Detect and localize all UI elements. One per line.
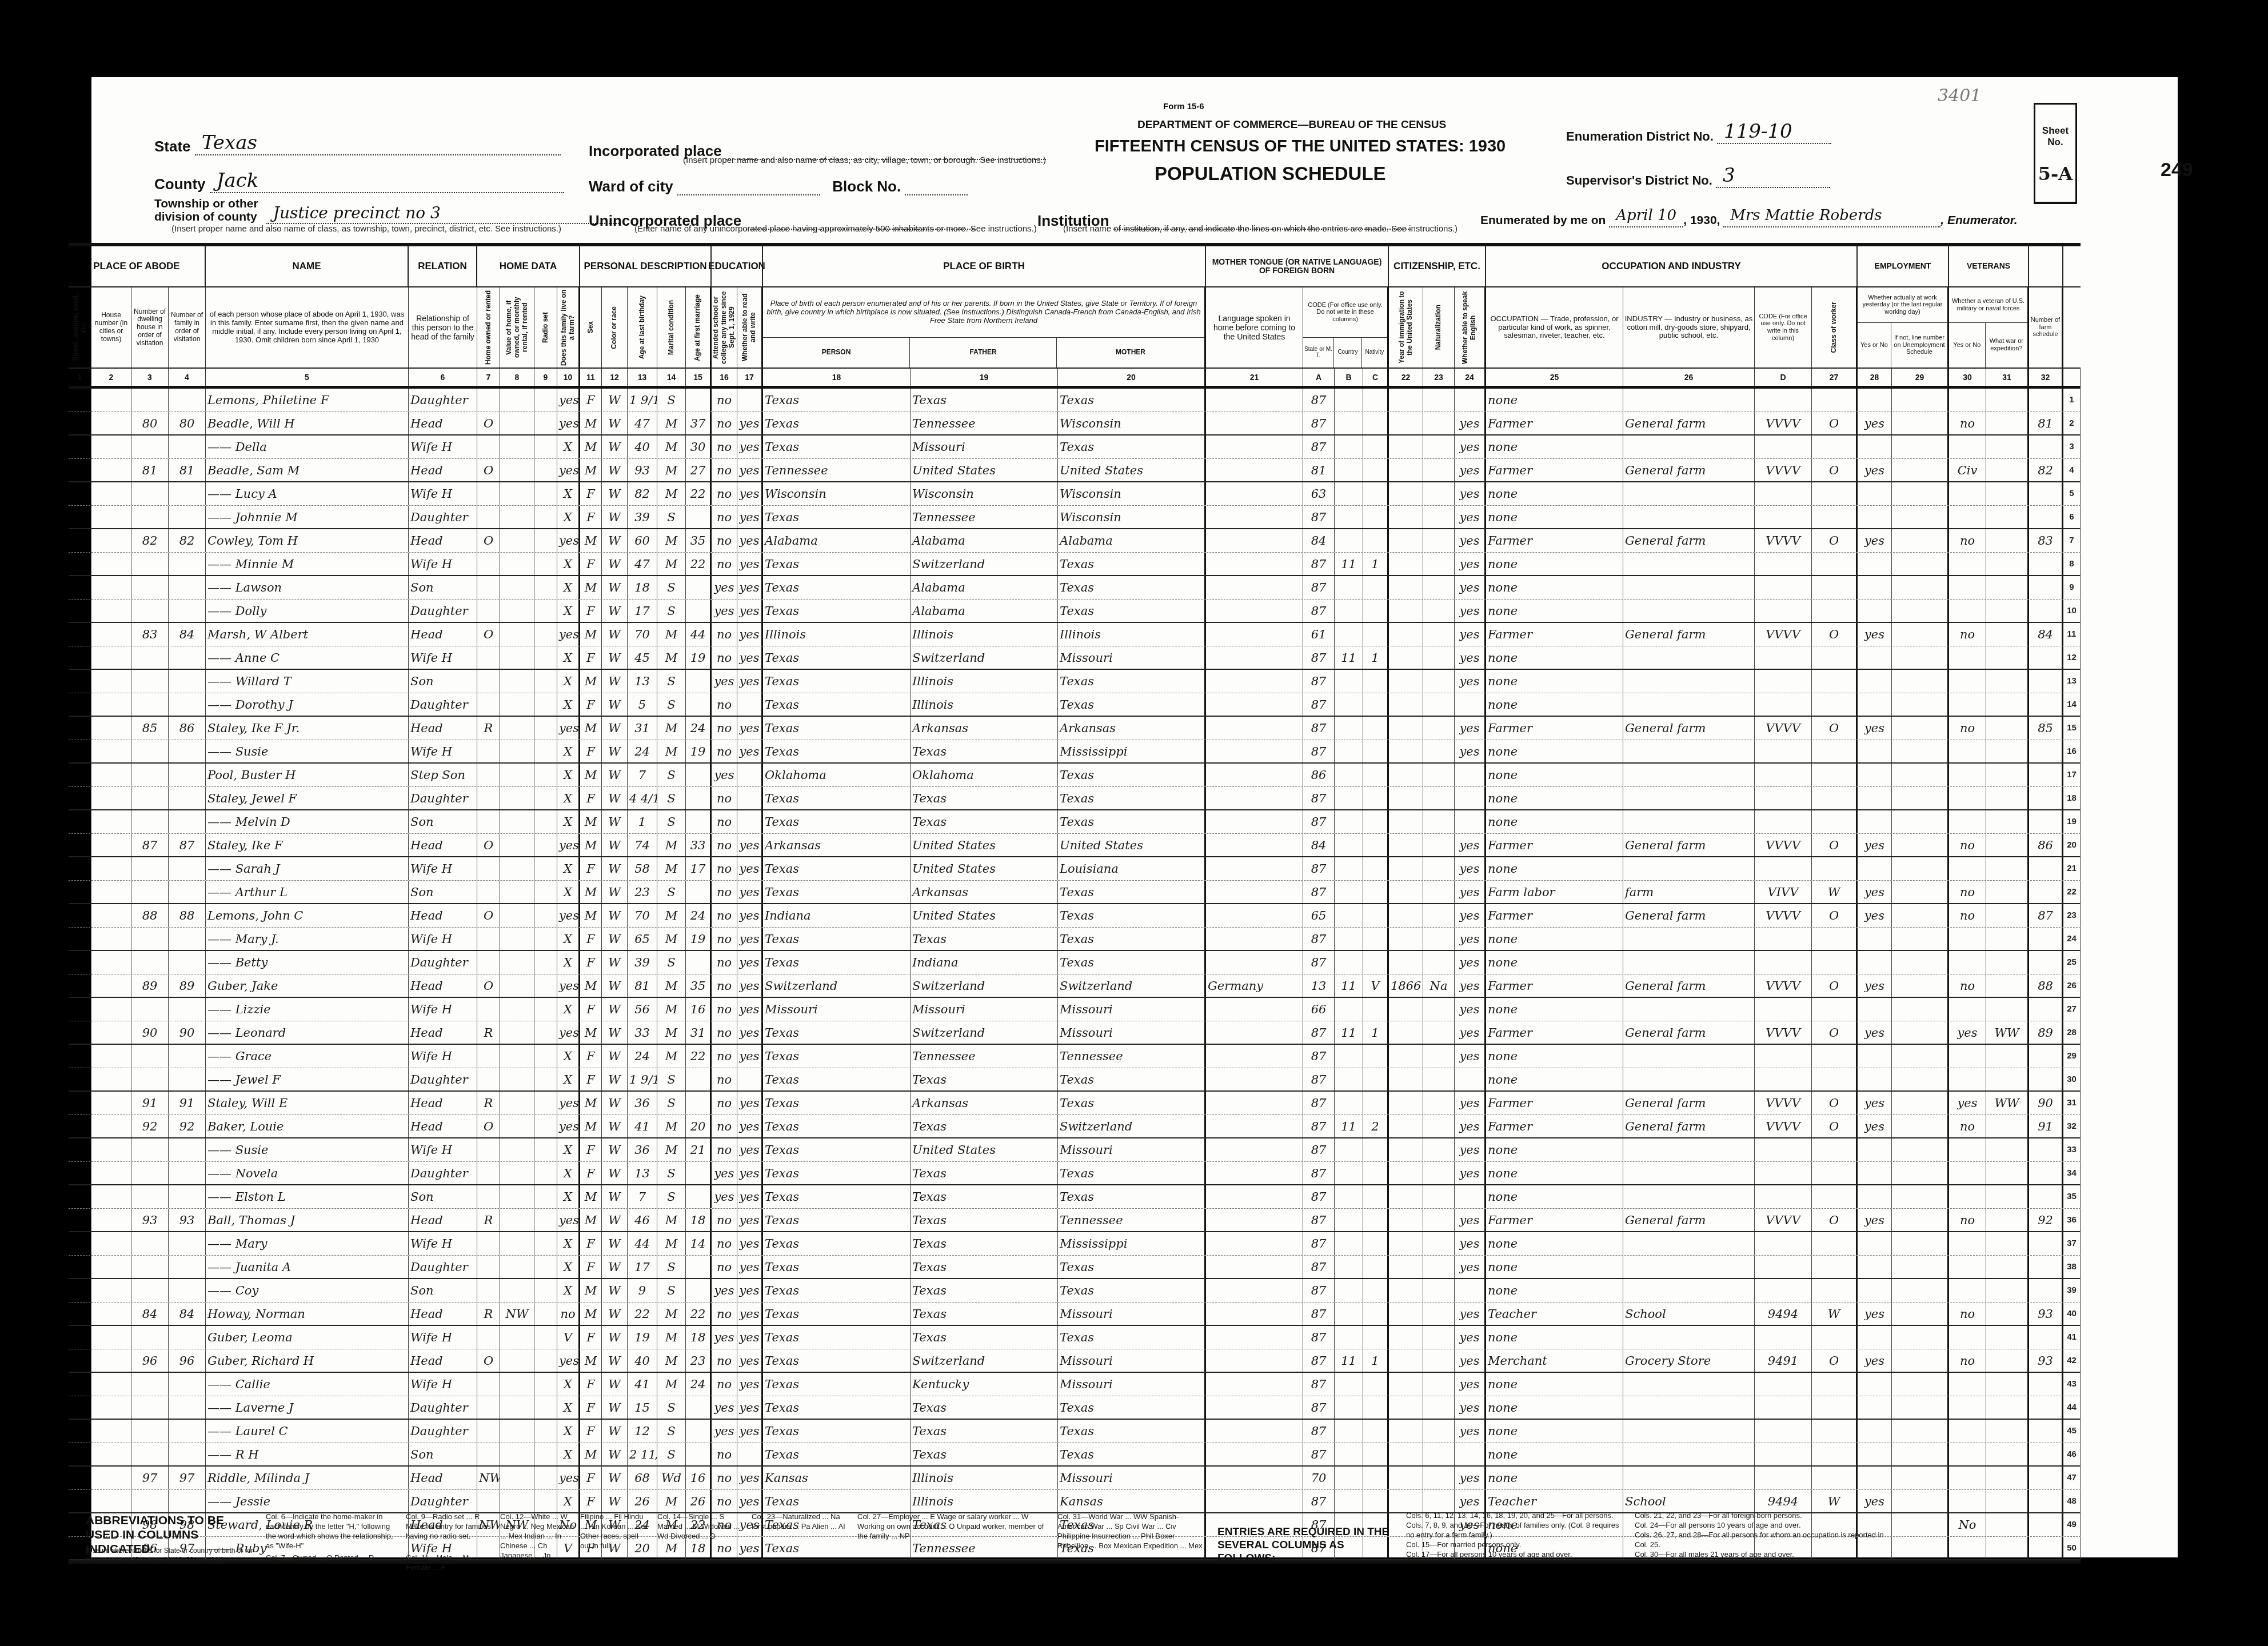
cell-radio: [534, 1162, 557, 1184]
cell-birth: Texas: [763, 1396, 911, 1419]
cell-lang: [1206, 600, 1303, 622]
column-group-row: PLACE OF ABODE NAME RELATION HOME DATA P…: [69, 246, 2081, 287]
cell-line: 42: [2063, 1349, 2081, 1372]
cell-relation: Head: [409, 717, 477, 740]
cell-mother: Arkansas: [1058, 717, 1206, 740]
cell-age-marr: 17: [686, 857, 712, 880]
cell-relation: Son: [409, 1443, 477, 1465]
cell-english: yes: [1455, 1209, 1486, 1231]
cell-english: yes: [1455, 1349, 1486, 1372]
cell-sex: F: [580, 389, 602, 411]
cell-race: W: [602, 436, 628, 458]
cell-value: [500, 1349, 534, 1372]
cell-unemp: [1892, 764, 1949, 786]
cell-imm: [1389, 904, 1423, 927]
cell-value: [500, 1279, 534, 1302]
cell-unemp: [1892, 717, 1949, 740]
cell-school: no: [712, 412, 737, 434]
cell-marital: M: [657, 1373, 686, 1396]
cell-english: yes: [1455, 646, 1486, 669]
cell-sex: F: [580, 482, 602, 505]
cell-sex: F: [580, 1326, 602, 1349]
cell-radio: [534, 1115, 557, 1137]
cell-work: [1858, 693, 1892, 716]
cell-school: no: [712, 1232, 737, 1255]
cell-farmsched: 85: [2029, 717, 2063, 740]
cell-read: yes: [737, 436, 763, 458]
cell-father: Texas: [911, 1068, 1058, 1090]
cell-class: O: [1812, 1349, 1858, 1372]
cell-line: 7: [2063, 529, 2081, 552]
cell-farmsched: [2029, 740, 2063, 762]
cell-race: W: [602, 974, 628, 997]
cell-relation: Daughter: [409, 787, 477, 809]
cell-owned: [477, 693, 500, 716]
cell-occupation: Farmer: [1486, 1021, 1623, 1044]
cell-codeA: 87: [1303, 1115, 1335, 1137]
cell-class: W: [1812, 1303, 1858, 1325]
cell-farmsched: [2029, 506, 2063, 528]
cell-imm: [1389, 670, 1423, 693]
cell-codeD: [1755, 1373, 1812, 1396]
cell-occupation: none: [1486, 389, 1623, 411]
cell-unemp: [1892, 1209, 1949, 1231]
cell-industry: General farm: [1623, 974, 1755, 997]
cell-sex: M: [580, 1279, 602, 1302]
cell-relation: Head: [409, 1115, 477, 1137]
cell-industry: [1623, 600, 1755, 622]
table-row: Staley, Jewel FDaughterXFW4 4/12SnoTexas…: [69, 787, 2081, 810]
cell-occupation: none: [1486, 740, 1623, 762]
cell-race: W: [602, 857, 628, 880]
cell-vet: no: [1949, 412, 1986, 434]
cell-race: W: [602, 764, 628, 786]
column-number: 15: [686, 369, 712, 386]
cell-imm: [1389, 740, 1423, 762]
cell-read: yes: [737, 904, 763, 927]
cell-codeA: 87: [1303, 1138, 1335, 1161]
header-line: [2063, 287, 2081, 367]
cell-class: [1812, 670, 1858, 693]
enumeration-district-field: Enumeration District No. 119-10: [1566, 120, 1831, 144]
cell-family: [169, 740, 206, 762]
cell-sex: F: [580, 951, 602, 974]
cell-age: 45: [628, 646, 657, 669]
cell-school: no: [712, 436, 737, 458]
cell-owned: [477, 1396, 500, 1419]
cell-dwelling: [131, 1326, 169, 1349]
cell-work: [1858, 600, 1892, 622]
cell-dwelling: [131, 764, 169, 786]
cell-farmsched: 93: [2029, 1349, 2063, 1372]
cell-mother: Missouri: [1058, 646, 1206, 669]
cell-codeC: [1363, 1068, 1389, 1090]
cell-value: NW: [500, 1303, 534, 1325]
group-veterans: VETERANS: [1949, 246, 2029, 286]
cell-lang: [1206, 482, 1303, 505]
cell-birth: Texas: [763, 1232, 911, 1255]
cell-radio: [534, 1021, 557, 1044]
cell-farmsched: [2029, 810, 2063, 833]
cell-line: 6: [2063, 506, 2081, 528]
cell-class: [1812, 1256, 1858, 1278]
cell-race: W: [602, 834, 628, 856]
cell-school: no: [712, 389, 737, 411]
cell-codeB: [1335, 1162, 1363, 1184]
cell-race: W: [602, 693, 628, 716]
cell-relation: Wife H: [409, 740, 477, 762]
township-value: Justice precinct no 3: [266, 203, 441, 222]
cell-industry: [1623, 1373, 1755, 1396]
cell-owned: [477, 764, 500, 786]
cell-age-marr: 18: [686, 1209, 712, 1231]
cell-codeD: [1755, 810, 1812, 833]
cell-name: Lemons, Philetine F: [206, 389, 409, 411]
cell-name: Pool, Buster H: [206, 764, 409, 786]
institution-note: (Insert name of institution, if any, and…: [1063, 224, 1458, 234]
cell-lang: [1206, 1138, 1303, 1161]
cell-work: [1858, 810, 1892, 833]
cell-english: [1455, 764, 1486, 786]
cell-codeB: [1335, 1373, 1363, 1396]
cell-birth: Texas: [763, 553, 911, 575]
cell-empty: [91, 1045, 131, 1068]
cell-occupation: none: [1486, 1443, 1623, 1465]
header-birth-note: Place of birth of each person enumerated…: [763, 287, 1204, 338]
cell-father: Alabama: [911, 576, 1058, 599]
cell-occupation: none: [1486, 1373, 1623, 1396]
cell-work: yes: [1858, 1209, 1892, 1231]
header-birth-father: FATHER: [910, 338, 1057, 367]
cell-age-marr: 24: [686, 717, 712, 740]
cell-race: W: [602, 576, 628, 599]
cell-codeD: 9491: [1755, 1349, 1812, 1372]
cell-school: no: [712, 857, 737, 880]
cell-war: [1986, 1209, 2029, 1231]
cell-war: [1986, 693, 2029, 716]
entries-item: Col. 17—For all persons 10 years of age …: [1406, 1550, 1623, 1560]
cell-occupation: none: [1486, 670, 1623, 693]
cell-unemp: [1892, 740, 1949, 762]
cell-class: O: [1812, 904, 1858, 927]
cell-age: 41: [628, 1373, 657, 1396]
cell-war: [1986, 1420, 2029, 1443]
header-employment-block: Whether actually at work yesterday (or t…: [1858, 287, 1949, 367]
cell-family: 92: [169, 1115, 206, 1137]
table-row: —— R HSonXMW2 11/12SnoTexasTexasTexas87n…: [69, 1443, 2081, 1467]
cell-sex: M: [580, 436, 602, 458]
column-number: 30: [1949, 369, 1986, 386]
cell-name: —— Dolly: [206, 600, 409, 622]
cell-father: Texas: [911, 1326, 1058, 1349]
cell-class: [1812, 1162, 1858, 1184]
cell-lang: [1206, 1373, 1303, 1396]
cell-work: yes: [1858, 1092, 1892, 1114]
table-row: 9090—— LeonardHeadRyesMW33M31noyesTexasS…: [69, 1021, 2081, 1045]
cell-farm: X: [557, 1373, 580, 1396]
cell-english: yes: [1455, 717, 1486, 740]
cell-class: O: [1812, 412, 1858, 434]
cell-value: [500, 693, 534, 716]
cell-race: W: [602, 1232, 628, 1255]
entries-item: Cols. 26, 27, and 28—For all persons for…: [1635, 1531, 1886, 1550]
table-row: —— Sarah JWife HXFW58M17noyesTexasUnited…: [69, 857, 2081, 881]
cell-codeB: [1335, 951, 1363, 974]
cell-nat: [1423, 1443, 1455, 1465]
cell-birth: Texas: [763, 1256, 911, 1278]
ed-value: 119-10: [1717, 120, 1792, 143]
cell-codeA: 13: [1303, 974, 1335, 997]
department-title: DEPARTMENT OF COMMERCE—BUREAU OF THE CEN…: [1137, 119, 1446, 131]
cell-dwelling: [131, 787, 169, 809]
cell-codeC: [1363, 881, 1389, 903]
cell-line: 24: [2063, 928, 2081, 950]
cell-mother: Missouri: [1058, 1303, 1206, 1325]
cell-farmsched: 81: [2029, 412, 2063, 434]
cell-work: [1858, 857, 1892, 880]
cell-radio: [534, 1045, 557, 1068]
cell-lang: [1206, 787, 1303, 809]
table-row: 8080Beadle, Will HHeadOyesMW47M37noyesTe…: [69, 412, 2081, 436]
cell-codeD: [1755, 1279, 1812, 1302]
cell-radio: [534, 881, 557, 903]
cell-nat: [1423, 928, 1455, 950]
cell-owned: [477, 928, 500, 950]
cell-english: yes: [1455, 834, 1486, 856]
cell-codeC: [1363, 670, 1389, 693]
cell-marital: S: [657, 1162, 686, 1184]
cell-read: [737, 810, 763, 833]
cell-age: 74: [628, 834, 657, 856]
cell-sex: F: [580, 1396, 602, 1419]
cell-sex: M: [580, 881, 602, 903]
cell-dwelling: [131, 482, 169, 505]
cell-read: yes: [737, 506, 763, 528]
cell-birth: Tennessee: [763, 459, 911, 481]
cell-owned: O: [477, 459, 500, 481]
cell-mother: Mississippi: [1058, 1232, 1206, 1255]
cell-codeD: [1755, 600, 1812, 622]
cell-work: [1858, 553, 1892, 575]
cell-empty: [91, 389, 131, 411]
cell-empty: [69, 646, 91, 669]
cell-radio: [534, 1138, 557, 1161]
cell-empty: [91, 904, 131, 927]
cell-dwelling: [131, 1138, 169, 1161]
cell-work: [1858, 646, 1892, 669]
header-farm: Does this family live on a farm?: [557, 287, 580, 367]
table-row: —— Lucy AWife HXFW82M22noyesWisconsinWis…: [69, 482, 2081, 506]
cell-marital: M: [657, 928, 686, 950]
cell-relation: Daughter: [409, 1420, 477, 1443]
cell-empty: [69, 998, 91, 1021]
cell-line: 30: [2063, 1068, 2081, 1090]
cell-age: 70: [628, 904, 657, 927]
column-number: 24: [1455, 369, 1486, 386]
cell-empty: [69, 1349, 91, 1372]
table-row: —— SusieWife HXFW36M21noyesTexasUnited S…: [69, 1138, 2081, 1162]
group-occupation: OCCUPATION AND INDUSTRY: [1486, 246, 1858, 286]
cell-age: 15: [628, 1396, 657, 1419]
cell-age-marr: 22: [686, 482, 712, 505]
cell-vet: no: [1949, 904, 1986, 927]
cell-age-marr: 19: [686, 740, 712, 762]
enumerator-name: Mrs Mattie Roberds: [1723, 207, 1882, 224]
cell-radio: [534, 951, 557, 974]
cell-value: [500, 1068, 534, 1090]
cell-vet: [1949, 646, 1986, 669]
column-number: 28: [1858, 369, 1892, 386]
group-education: EDUCATION: [712, 246, 763, 286]
cell-line: 21: [2063, 857, 2081, 880]
cell-codeC: [1363, 1138, 1389, 1161]
cell-sex: M: [580, 717, 602, 740]
cell-lang: [1206, 810, 1303, 833]
header-naturalization: Naturalization: [1423, 287, 1455, 367]
cell-marital: S: [657, 1420, 686, 1443]
header-at-work: Yes or No: [1858, 323, 1891, 367]
cell-lang: Germany: [1206, 974, 1303, 997]
table-row: —— NovelaDaughterXFW13SyesyesTexasTexasT…: [69, 1162, 2081, 1185]
cell-codeA: 87: [1303, 1443, 1335, 1465]
cell-class: [1812, 646, 1858, 669]
cell-line: 20: [2063, 834, 2081, 856]
cell-read: yes: [737, 834, 763, 856]
group-personal-description: PERSONAL DESCRIPTION: [580, 246, 712, 286]
cell-english: yes: [1455, 623, 1486, 646]
cell-codeD: [1755, 857, 1812, 880]
cell-codeB: [1335, 1232, 1363, 1255]
cell-read: [737, 787, 763, 809]
cell-read: yes: [737, 1420, 763, 1443]
column-number: [2063, 369, 2081, 386]
cell-occupation: none: [1486, 1045, 1623, 1068]
township-label: Township or other division of county: [154, 197, 263, 223]
cell-occupation: none: [1486, 951, 1623, 974]
cell-family: 90: [169, 1021, 206, 1044]
cell-codeC: [1363, 529, 1389, 552]
cell-unemp: [1892, 412, 1949, 434]
cell-farmsched: [2029, 1373, 2063, 1396]
cell-codeB: [1335, 576, 1363, 599]
cell-codeB: [1335, 764, 1363, 786]
cell-school: no: [712, 881, 737, 903]
cell-age-marr: 37: [686, 412, 712, 434]
cell-mother: Texas: [1058, 1256, 1206, 1278]
cell-class: O: [1812, 1021, 1858, 1044]
cell-relation: Head: [409, 974, 477, 997]
cell-age-marr: 19: [686, 928, 712, 950]
cell-codeC: 1: [1363, 1349, 1389, 1372]
cell-age: 13: [628, 670, 657, 693]
cell-nat: [1423, 1115, 1455, 1137]
cell-age-marr: 22: [686, 1045, 712, 1068]
cell-radio: [534, 436, 557, 458]
cell-unemp: [1892, 904, 1949, 927]
cell-english: yes: [1455, 1467, 1486, 1489]
cell-vet: [1949, 436, 1986, 458]
cell-industry: [1623, 998, 1755, 1021]
cell-name: —— Susie: [206, 740, 409, 762]
cell-school: yes: [712, 1279, 737, 1302]
cell-empty: [69, 1138, 91, 1161]
cell-empty: [69, 693, 91, 716]
cell-farmsched: [2029, 670, 2063, 693]
cell-industry: [1623, 553, 1755, 575]
cell-empty: [69, 1326, 91, 1349]
cell-nat: [1423, 506, 1455, 528]
cell-birth: Texas: [763, 646, 911, 669]
cell-dwelling: [131, 857, 169, 880]
cell-industry: [1623, 506, 1755, 528]
header-house-number: House number (in cities or towns): [91, 287, 131, 367]
cell-farmsched: [2029, 998, 2063, 1021]
cell-age-marr: [686, 576, 712, 599]
enumerated-date: April 10: [1609, 207, 1676, 224]
cell-industry: [1623, 764, 1755, 786]
cell-line: 10: [2063, 600, 2081, 622]
cell-mother: Texas: [1058, 928, 1206, 950]
cell-codeB: [1335, 998, 1363, 1021]
cell-nat: [1423, 1256, 1455, 1278]
cell-vet: [1949, 1256, 1986, 1278]
cell-read: yes: [737, 1115, 763, 1137]
cell-work: [1858, 1326, 1892, 1349]
cell-industry: General farm: [1623, 1092, 1755, 1114]
cell-marital: S: [657, 1443, 686, 1465]
header-birth-person: PERSON: [763, 338, 910, 367]
cell-age-marr: 24: [686, 1373, 712, 1396]
cell-owned: [477, 1443, 500, 1465]
cell-farm: X: [557, 951, 580, 974]
table-row: 9292Baker, LouieHeadOyesMW41M20noyesTexa…: [69, 1115, 2081, 1138]
cell-dwelling: [131, 1068, 169, 1090]
cell-war: [1986, 1349, 2029, 1372]
cell-farm: X: [557, 553, 580, 575]
cell-mother: Louisiana: [1058, 857, 1206, 880]
column-number: 11: [580, 369, 602, 386]
cell-imm: [1389, 998, 1423, 1021]
cell-codeA: 87: [1303, 1373, 1335, 1396]
cell-codeC: [1363, 928, 1389, 950]
cell-codeC: [1363, 436, 1389, 458]
cell-owned: [477, 1420, 500, 1443]
cell-codeC: 1: [1363, 1021, 1389, 1044]
table-row: —— Jewel FDaughterXFW1 9/12SnoTexasTexas…: [69, 1068, 2081, 1092]
cell-age: 36: [628, 1138, 657, 1161]
cell-codeD: VVVV: [1755, 1092, 1812, 1114]
cell-race: W: [602, 1138, 628, 1161]
cell-name: —— Anne C: [206, 646, 409, 669]
cell-radio: [534, 1256, 557, 1278]
cell-class: [1812, 1443, 1858, 1465]
cell-industry: [1623, 1279, 1755, 1302]
cell-value: [500, 787, 534, 809]
cell-nat: [1423, 998, 1455, 1021]
cell-nat: [1423, 1303, 1455, 1325]
cell-work: [1858, 764, 1892, 786]
cell-relation: Head: [409, 529, 477, 552]
cell-dwelling: [131, 1279, 169, 1302]
cell-lang: [1206, 576, 1303, 599]
cell-codeC: [1363, 693, 1389, 716]
cell-work: yes: [1858, 717, 1892, 740]
cell-dwelling: 80: [131, 412, 169, 434]
cell-name: —— Dorothy J: [206, 693, 409, 716]
cell-farm: X: [557, 787, 580, 809]
cell-nat: [1423, 1396, 1455, 1419]
cell-codeD: [1755, 998, 1812, 1021]
